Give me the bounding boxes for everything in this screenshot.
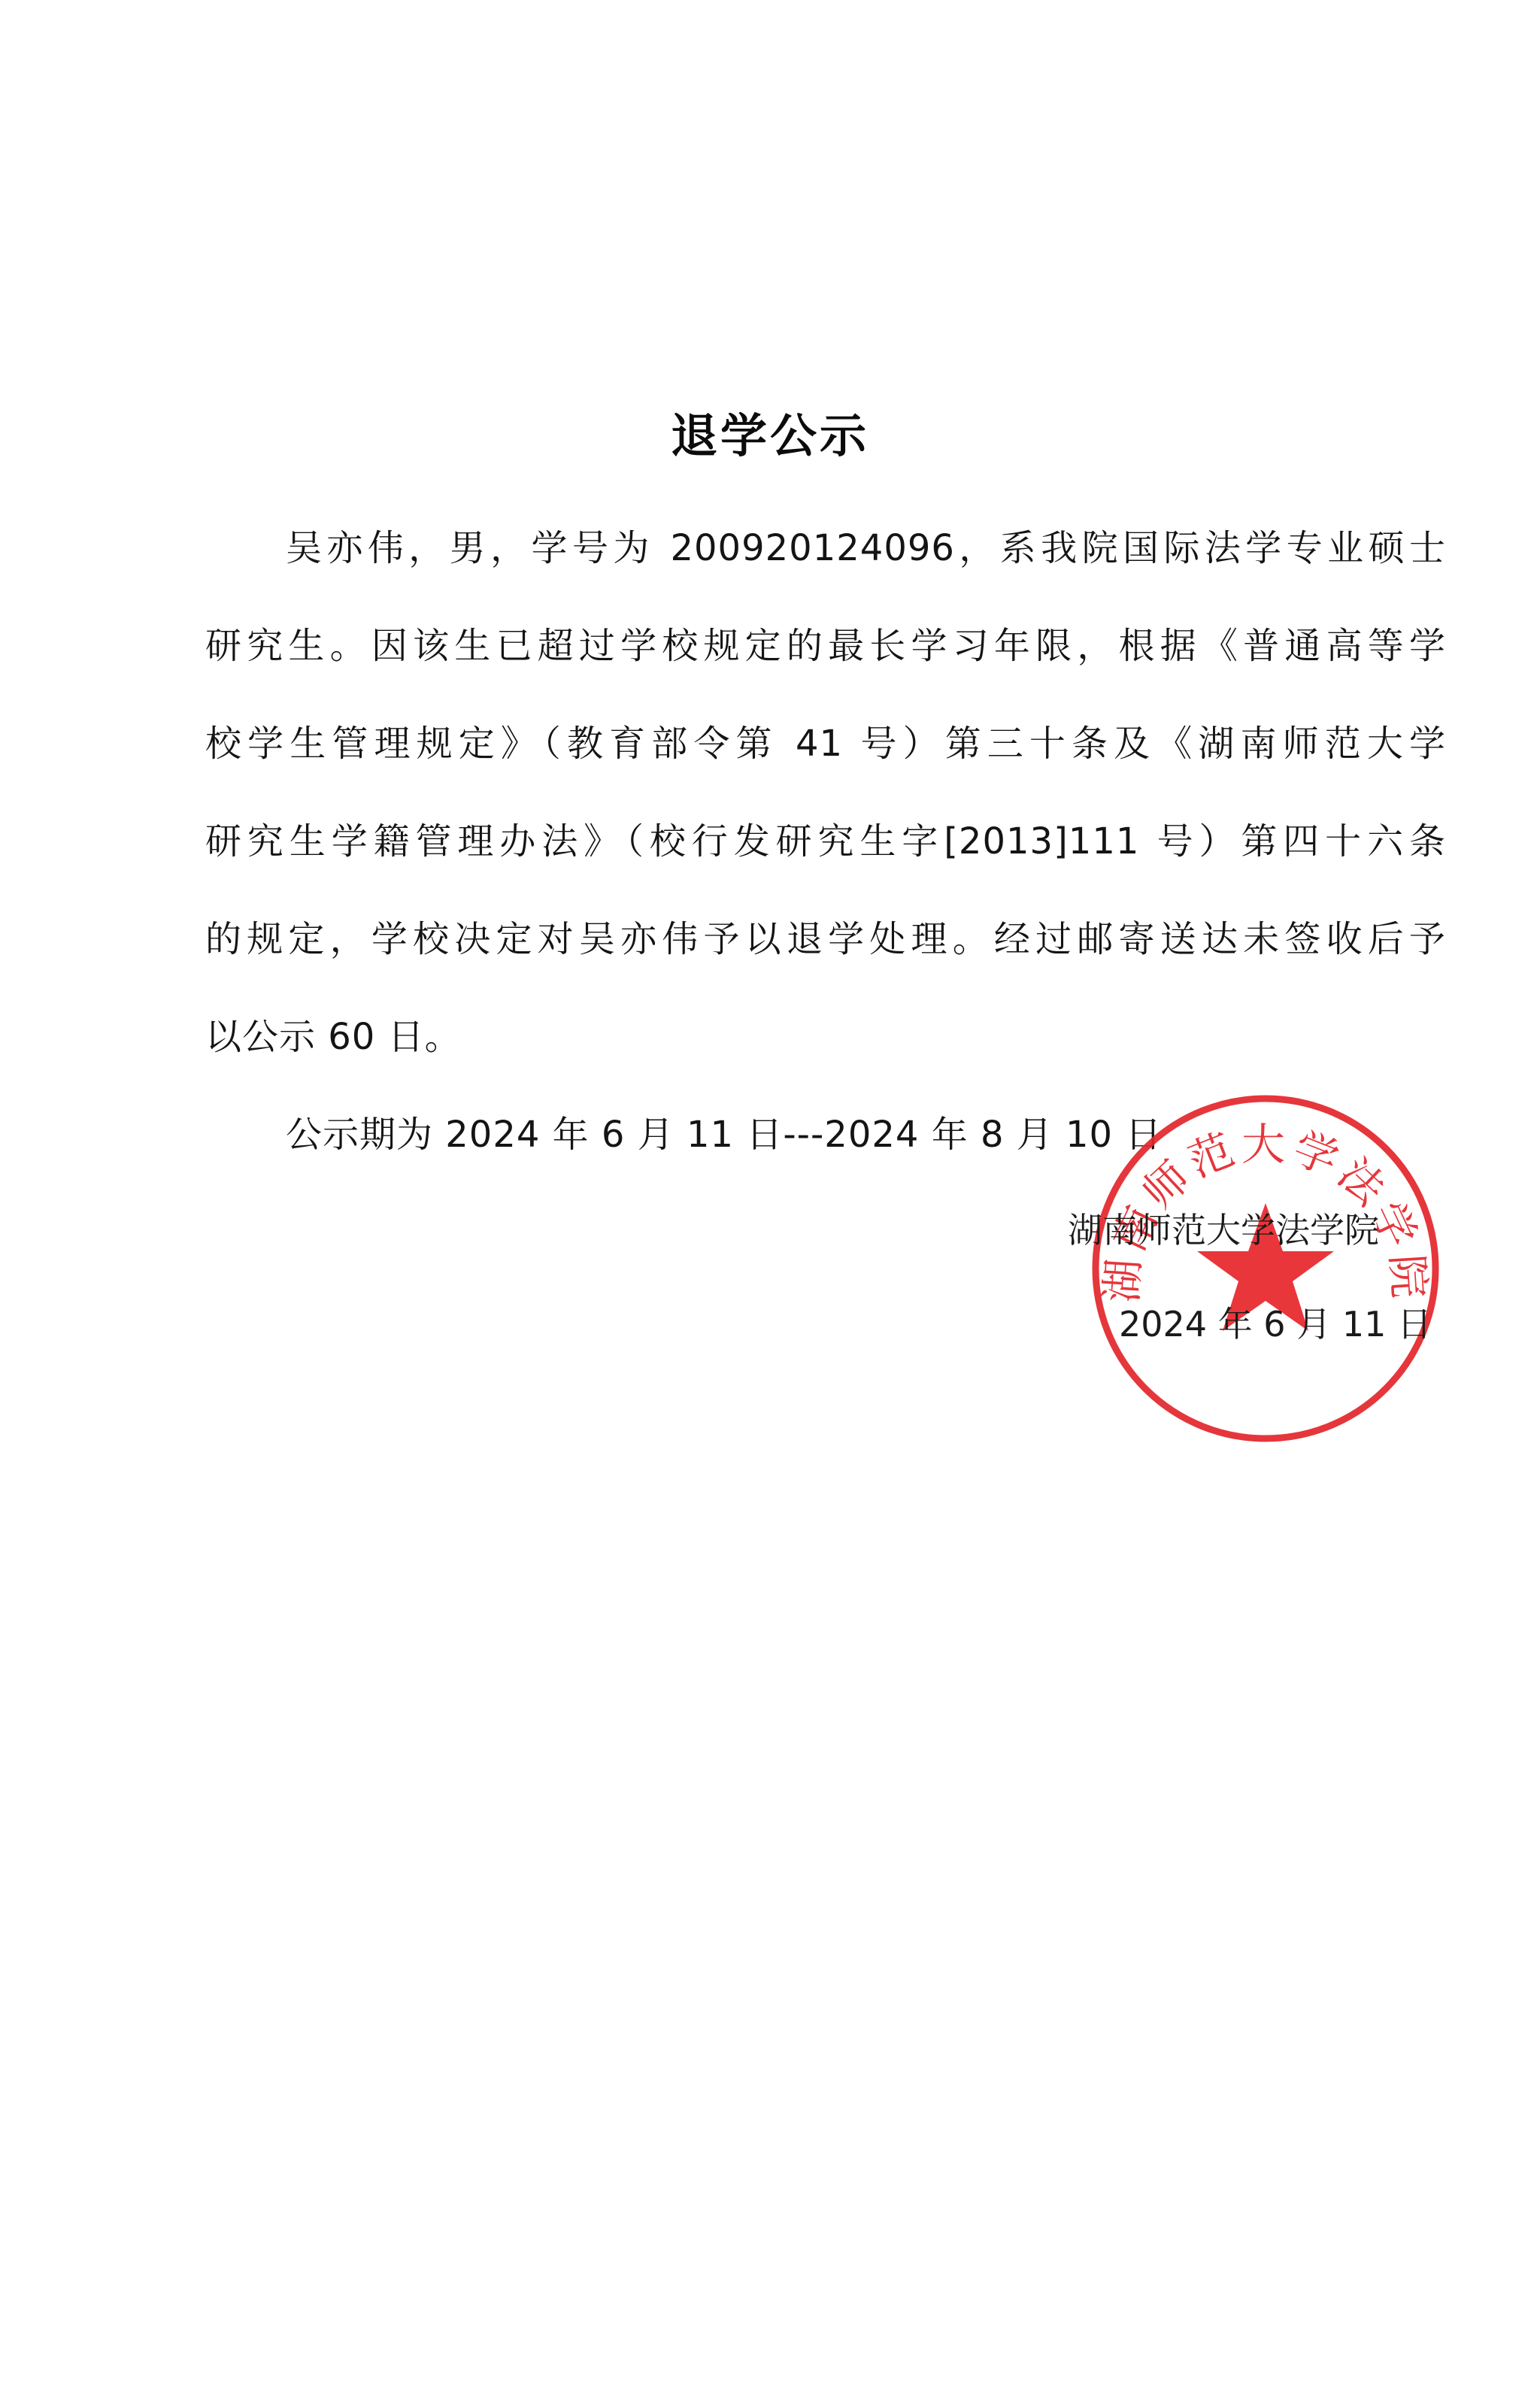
notice-period: 公示期为 2024 年 6 月 11 日---2024 年 8 月 10 日 bbox=[286, 1105, 1162, 1157]
signature-date: 2024 年 6 月 11 日 bbox=[1119, 1297, 1432, 1347]
body-line-2: 研究生。因该生已超过学校规定的最长学习年限，根据《普通高等学 bbox=[205, 617, 1446, 668]
body-line-3: 校学生管理规定》（教育部令第 41 号）第三十条及《湖南师范大学 bbox=[205, 714, 1446, 766]
body-line-4: 研究生学籍管理办法》（校行发研究生字[2013]111 号）第四十六条 bbox=[205, 812, 1446, 864]
body-line-6: 以公示 60 日。 bbox=[205, 1008, 462, 1060]
document-title: 退学公示 bbox=[0, 399, 1540, 465]
body-line-1: 吴亦伟，男，学号为 200920124096，系我院国际法学专业硕士 bbox=[286, 519, 1446, 571]
document-page: 退学公示 吴亦伟，男，学号为 200920124096，系我院国际法学专业硕士 … bbox=[0, 0, 1540, 2404]
official-seal-stamp: 湖南师范大学法学院 bbox=[1089, 1092, 1442, 1445]
body-line-5: 的规定，学校决定对吴亦伟予以退学处理。经过邮寄送达未签收后予 bbox=[205, 910, 1446, 962]
signature-organization: 湖南师范大学法学院 bbox=[1068, 1203, 1379, 1253]
